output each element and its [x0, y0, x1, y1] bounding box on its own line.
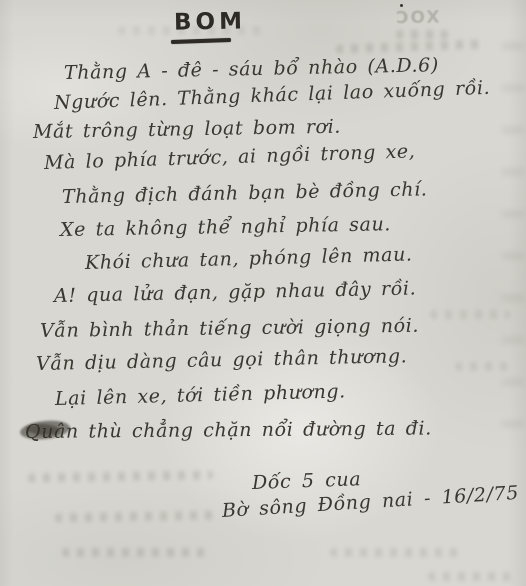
poem-line: Vẫn bình thản tiếng cười giọng nói.: [40, 315, 419, 342]
handwritten-manuscript-page: XOC BOM Thằng A - đê - sáu bổ nhào (A.D.…: [0, 0, 526, 586]
bleedthrough-smudge: [430, 310, 510, 319]
poem-line: Vẫn dịu dàng câu gọi thân thương.: [36, 345, 408, 375]
poem-line: Xe ta không thể nghỉ phía sau.: [60, 213, 391, 241]
bleedthrough-smudge: [336, 39, 486, 53]
bleedthrough-smudge: [396, 30, 448, 39]
bleedthrough-smudge: [428, 572, 513, 581]
poem-title: BOM: [174, 8, 246, 35]
poem-line: Lại lên xe, tới tiền phương.: [55, 380, 346, 410]
poem-line: Khói chưa tan, phóng lên mau.: [85, 243, 413, 274]
signoff-location: Dốc 5 cua: [252, 468, 362, 494]
poem-line: Mà lo phía trước, ai ngồi trong xe,: [44, 140, 416, 174]
poem-line: Quân thù chẳng chặn nổi đường ta đi.: [25, 417, 432, 443]
bleedthrough-text: XOC: [394, 8, 440, 29]
bleedthrough-smudge: [55, 511, 220, 523]
poem-line: A! qua lửa đạn, gặp nhau đây rồi.: [54, 277, 417, 307]
poem-line: Mắt trông từng loạt bom rơi.: [33, 116, 341, 143]
bleedthrough-smudge: [330, 548, 460, 557]
title-underline-stroke: [171, 38, 231, 44]
bleedthrough-smudge: [28, 470, 213, 482]
stray-ink-dot: [400, 4, 403, 7]
bleedthrough-smudge: [62, 548, 212, 557]
poem-line: Thằng địch đánh bạn bè đồng chí.: [62, 178, 428, 208]
bleedthrough-margin-strip: [502, 42, 524, 442]
